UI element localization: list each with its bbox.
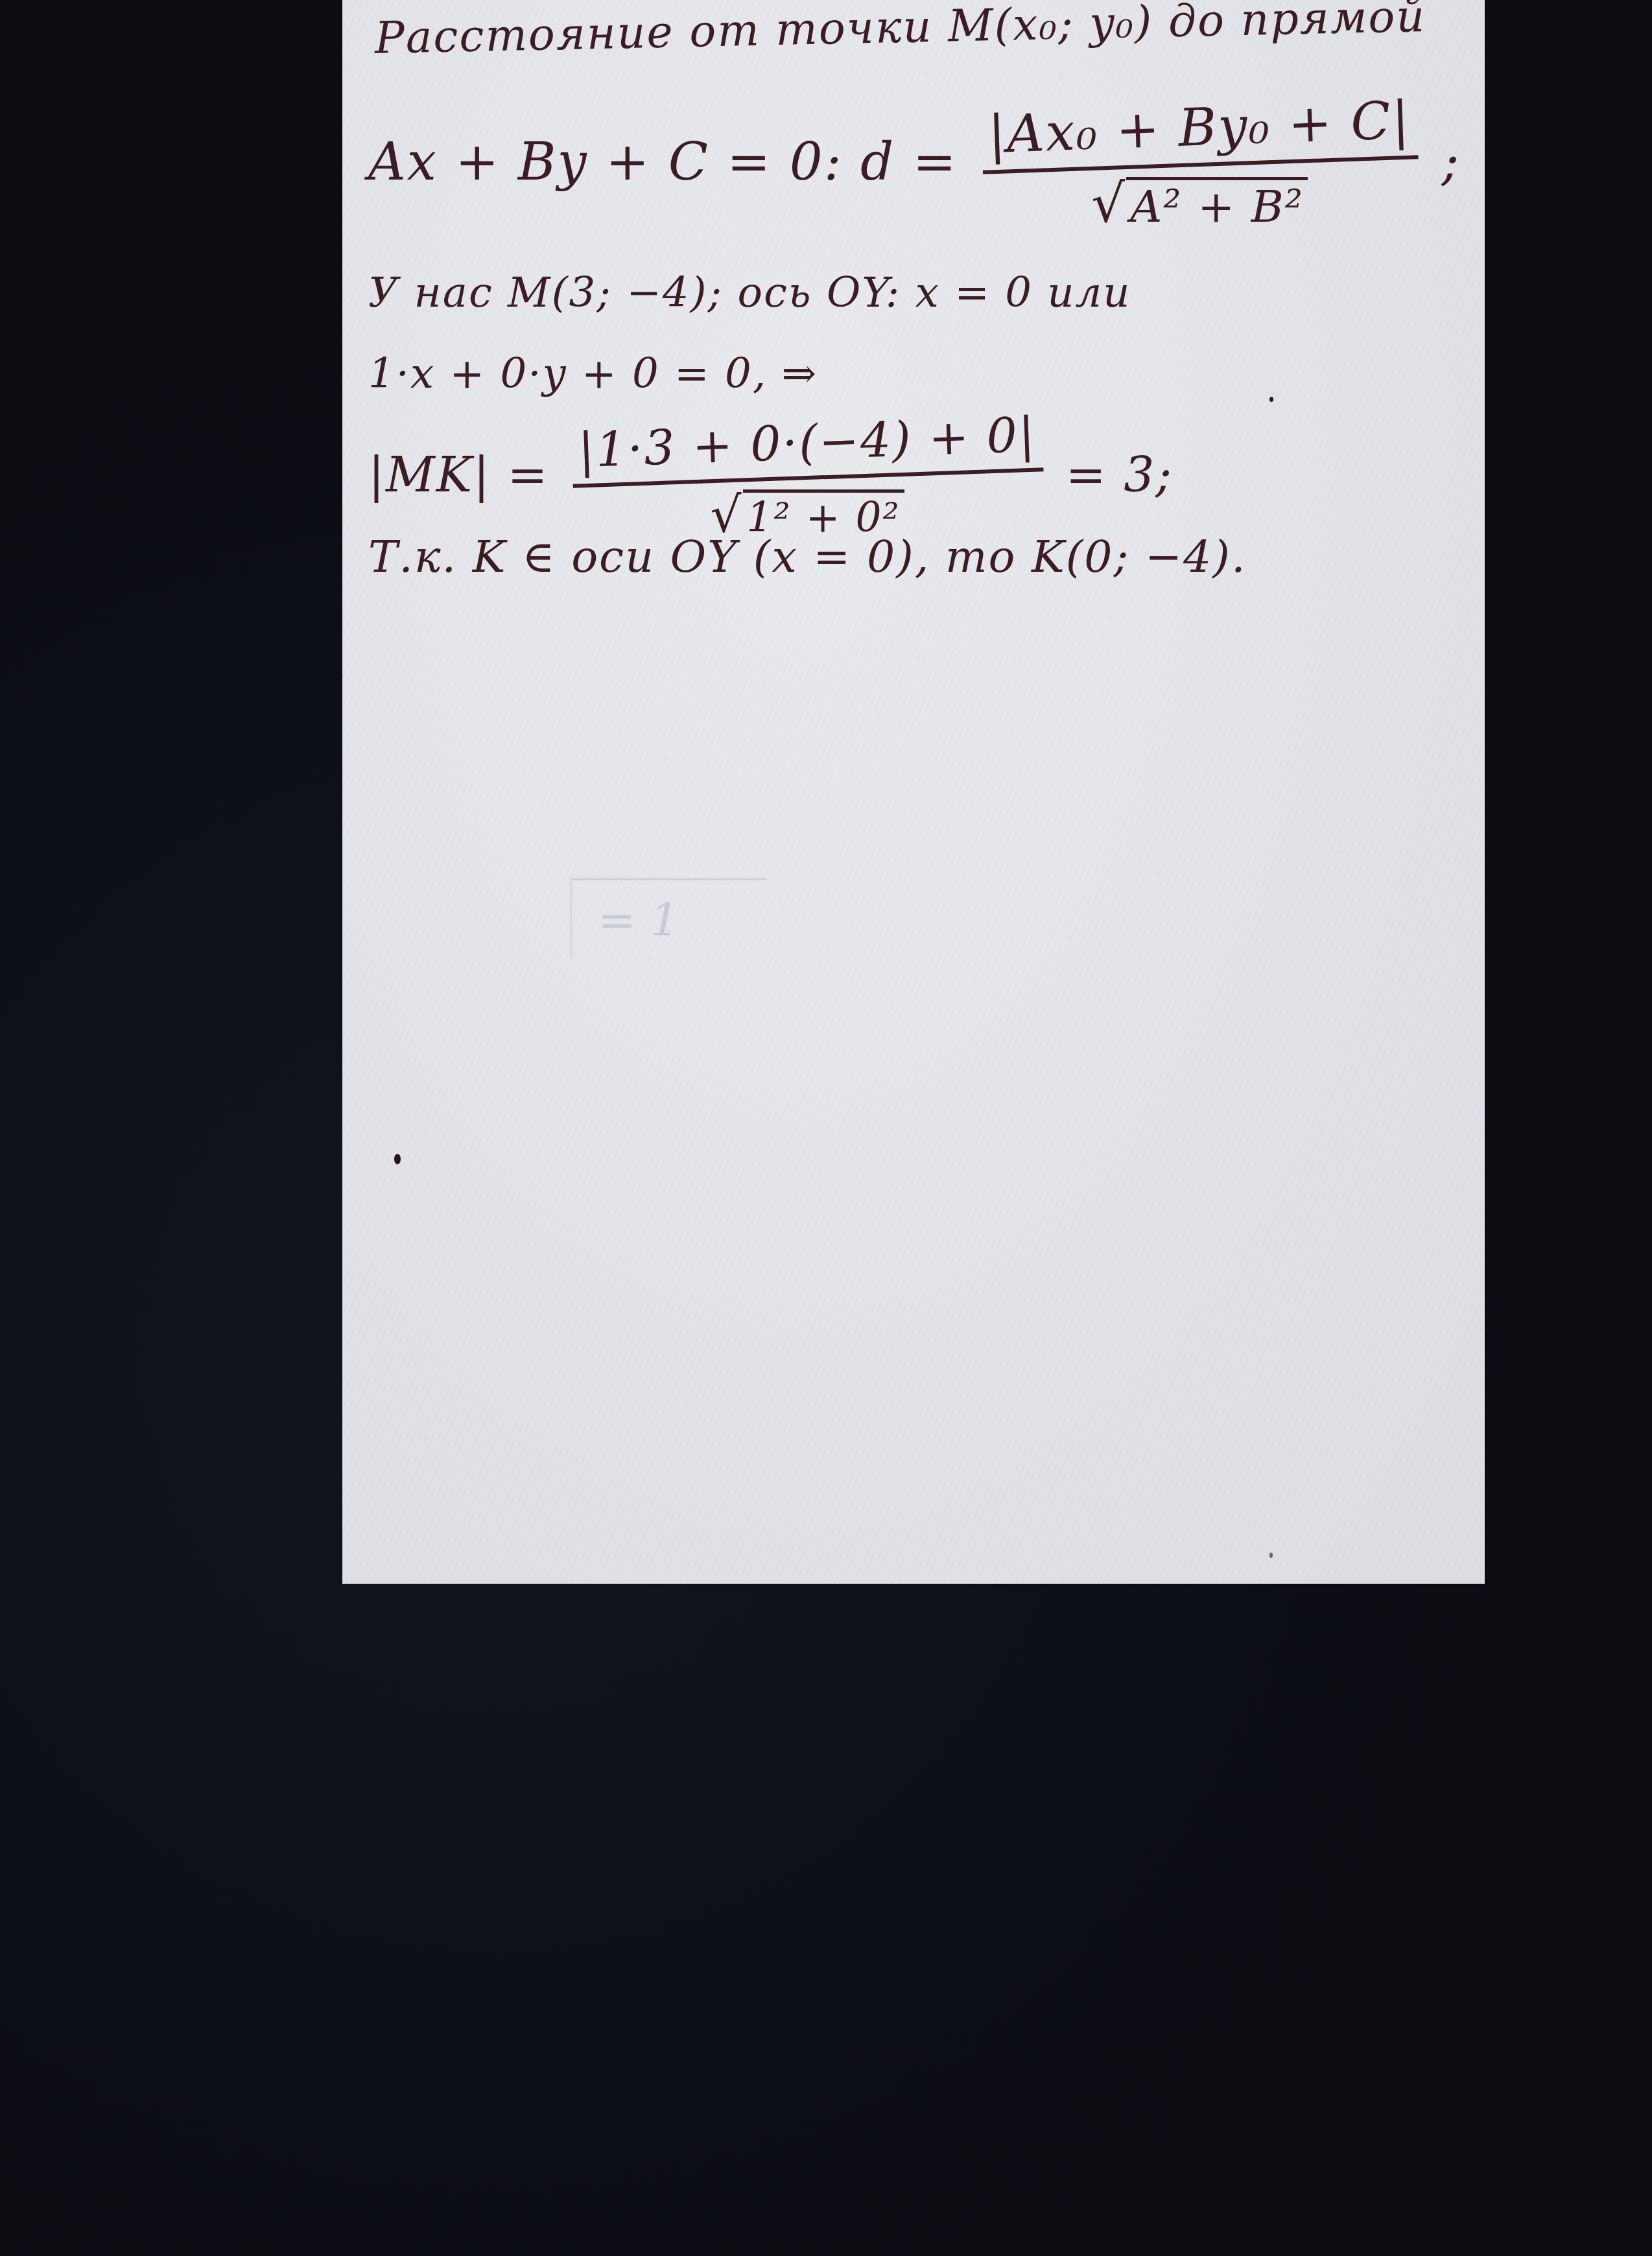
paper-sheet: Расстояние от точки M(x₀; y₀) до прямой … <box>342 0 1485 1584</box>
distance-symbol: d = <box>860 132 958 192</box>
sqrt-icon: √ <box>1091 173 1126 235</box>
line-equation: Ax + By + C = 0: <box>368 132 843 192</box>
mk-label: |MK| = <box>368 447 549 503</box>
fraction-denominator: √A² + B² <box>1091 167 1308 235</box>
text-line-axis-equation: 1·x + 0·y + 0 = 0, ⇒ <box>368 350 818 398</box>
distance-fraction: |Ax₀ + By₀ + C| √A² + B² <box>982 97 1417 235</box>
text-line-distance-definition: Расстояние от точки M(x₀; y₀) до прямой <box>374 0 1426 64</box>
mk-fraction: |1·3 + 0·(−4) + 0| √1² + 0² <box>572 415 1043 543</box>
text-line-given: У нас M(3; −4); ось OY: x = 0 или <box>368 269 1131 317</box>
fraction-numerator: |Ax₀ + By₀ + C| <box>980 89 1418 174</box>
ink-speck <box>1269 397 1273 402</box>
formula-line-distance: Ax + By + C = 0: d = |Ax₀ + By₀ + C| √A²… <box>368 97 1460 235</box>
text-line-conclusion: Т.к. K ∈ оси OY (x = 0), то K(0; −4). <box>368 532 1247 583</box>
formula-line-mk: |MK| = |1·3 + 0·(−4) + 0| √1² + 0² = 3; <box>368 415 1173 543</box>
mk-result: = 3; <box>1066 447 1174 503</box>
faint-embossed-mark: = 1 <box>571 878 766 958</box>
semicolon: ; <box>1442 132 1461 192</box>
ink-speck <box>1269 1553 1273 1558</box>
ink-speck <box>394 1154 401 1164</box>
sqrt-radicand: A² + B² <box>1126 177 1308 233</box>
emboss-text: = 1 <box>598 893 679 946</box>
fraction-numerator: |1·3 + 0·(−4) + 0| <box>571 406 1043 488</box>
